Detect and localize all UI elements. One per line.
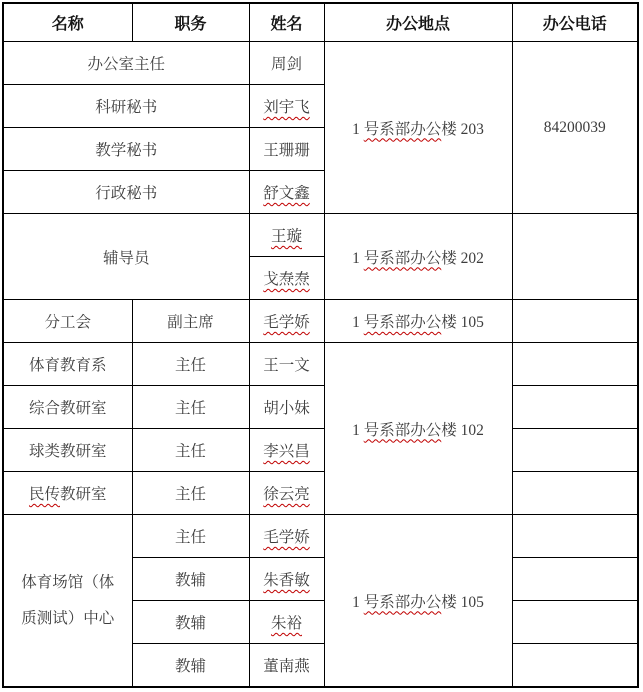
person-name-cell: 毛学娇 — [249, 515, 324, 558]
person-name-cell: 李兴昌 — [249, 429, 324, 472]
cell-text: 行政秘书 — [95, 185, 157, 202]
table-row: 球类教研室主任李兴昌 — [3, 429, 638, 472]
table-row: 办公室主任周剑1 号系部办公楼 20384200039 — [3, 42, 638, 85]
person-name-cell: 毛学娇 — [249, 300, 324, 343]
spellchecked-text: 李兴昌 — [263, 443, 310, 460]
person-name-cell: 王璇 — [249, 214, 324, 257]
cell-text: 周剑 — [271, 56, 302, 73]
spellchecked-text: 朱裕 — [271, 615, 302, 632]
document-page: 名称职务姓名办公地点办公电话 办公室主任周剑1 号系部办公楼 203842000… — [0, 0, 643, 688]
header-cell-3: 办公地点 — [324, 3, 512, 42]
spellchecked-text: 徐云亮 — [263, 486, 310, 503]
cell-text: 1 — [352, 422, 364, 439]
spellchecked-text: 朱香敏 — [263, 572, 310, 589]
cell-text: 办公室主任 — [87, 56, 165, 73]
table-row: 辅导员王璇1 号系部办公楼 202 — [3, 214, 638, 257]
cell-text: 楼 105 — [441, 314, 484, 331]
cell-text: 1 — [352, 250, 364, 267]
unit-name-cell: 民传教研室 — [3, 472, 132, 515]
table-row: 综合教研室主任胡小妹 — [3, 386, 638, 429]
unit-name-cell: 球类教研室 — [3, 429, 132, 472]
cell-text: 主任 — [175, 443, 206, 460]
header-row: 名称职务姓名办公地点办公电话 — [3, 3, 638, 42]
table-row: 体育教育系主任王一文1 号系部办公楼 102 — [3, 343, 638, 386]
cell-text: 84200039 — [544, 119, 606, 136]
cell-text: 副主席 — [167, 314, 214, 331]
unit-title-cell: 科研秘书 — [3, 85, 249, 128]
job-title-cell: 主任 — [132, 386, 249, 429]
spellchecked-text: 刘宇飞 — [263, 99, 310, 116]
cell-text: 1 — [352, 594, 364, 611]
spellchecked-text: 毛学娇 — [263, 529, 310, 546]
cell-text: 王一文 — [263, 357, 310, 374]
cell-text: 教辅 — [175, 572, 206, 589]
office-location-cell: 1 号系部办公楼 202 — [324, 214, 512, 300]
table-row: 体育场馆（体 质测试）中心主任毛学娇1 号系部办公楼 105 — [3, 515, 638, 558]
person-name-cell: 戈焘焘 — [249, 257, 324, 300]
office-phone-cell: 84200039 — [512, 42, 638, 214]
person-name-cell: 周剑 — [249, 42, 324, 85]
table-row: 分工会副主席毛学娇1 号系部办公楼 105 — [3, 300, 638, 343]
job-title-cell: 副主席 — [132, 300, 249, 343]
cell-text: 主任 — [175, 400, 206, 417]
cell-text: 分工会 — [44, 314, 91, 331]
job-title-cell: 教辅 — [132, 558, 249, 601]
cell-text: 1 — [352, 121, 364, 138]
spellchecked-text: 号系部办公 — [364, 314, 442, 331]
cell-text: 主任 — [175, 486, 206, 503]
spellchecked-text: 号系部办公 — [364, 422, 442, 439]
unit-title-cell: 行政秘书 — [3, 171, 249, 214]
office-phone-cell-empty — [512, 644, 638, 688]
job-title-cell: 主任 — [132, 515, 249, 558]
job-title-cell: 教辅 — [132, 644, 249, 688]
office-phone-cell-empty — [512, 300, 638, 343]
cell-text: 董南燕 — [263, 658, 310, 675]
unit-title-cell: 教学秘书 — [3, 128, 249, 171]
office-phone-cell-empty — [512, 214, 638, 300]
header-cell-0: 名称 — [3, 3, 132, 42]
person-name-cell: 胡小妹 — [249, 386, 324, 429]
header-cell-2: 姓名 — [249, 3, 324, 42]
office-phone-cell-empty — [512, 386, 638, 429]
cell-text: 楼 203 — [441, 121, 484, 138]
job-title-cell: 主任 — [132, 429, 249, 472]
table-row: 民传教研室主任徐云亮 — [3, 472, 638, 515]
cell-text: 教辅 — [175, 658, 206, 675]
cell-text: 楼 102 — [441, 422, 484, 439]
person-name-cell: 舒文鑫 — [249, 171, 324, 214]
cell-text: 综合教研室 — [29, 400, 107, 417]
header-cell-4: 办公电话 — [512, 3, 638, 42]
job-title-cell: 主任 — [132, 343, 249, 386]
cell-text: 主任 — [175, 529, 206, 546]
cell-text: 1 — [352, 314, 364, 331]
cell-text: 主任 — [175, 357, 206, 374]
unit-name-cell: 综合教研室 — [3, 386, 132, 429]
cell-text: 教辅 — [175, 615, 206, 632]
cell-text: 球类教研室 — [29, 443, 107, 460]
person-name-cell: 董南燕 — [249, 644, 324, 688]
spellchecked-text: 号系部办公 — [364, 250, 442, 267]
spellchecked-text: 舒文鑫 — [263, 185, 310, 202]
person-name-cell: 朱裕 — [249, 601, 324, 644]
unit-title-cell: 办公室主任 — [3, 42, 249, 85]
office-phone-cell-empty — [512, 429, 638, 472]
table-header: 名称职务姓名办公地点办公电话 — [3, 3, 638, 42]
cell-text: 楼 105 — [441, 594, 484, 611]
office-phone-cell-empty — [512, 558, 638, 601]
person-name-cell: 徐云亮 — [249, 472, 324, 515]
header-cell-1: 职务 — [132, 3, 249, 42]
cell-text: 科研秘书 — [95, 99, 157, 116]
person-name-cell: 王珊珊 — [249, 128, 324, 171]
unit-name-cell: 分工会 — [3, 300, 132, 343]
job-title-cell: 教辅 — [132, 601, 249, 644]
cell-text: 体育场馆（体 质测试）中心 — [21, 574, 114, 627]
office-location-cell: 1 号系部办公楼 105 — [324, 300, 512, 343]
office-phone-cell-empty — [512, 343, 638, 386]
cell-text: 胡小妹 — [263, 400, 310, 417]
contact-table: 名称职务姓名办公地点办公电话 办公室主任周剑1 号系部办公楼 203842000… — [2, 2, 639, 688]
person-name-cell: 朱香敏 — [249, 558, 324, 601]
spellchecked-text: 号系部办公 — [364, 121, 442, 138]
spellchecked-text: 戈焘焘 — [263, 271, 310, 288]
cell-text: 楼 202 — [441, 250, 484, 267]
spellchecked-text: 王璇 — [271, 228, 302, 245]
office-phone-cell-empty — [512, 515, 638, 558]
cell-text: 教学秘书 — [95, 142, 157, 159]
unit-title-cell: 辅导员 — [3, 214, 249, 300]
office-phone-cell-empty — [512, 601, 638, 644]
person-name-cell: 刘宇飞 — [249, 85, 324, 128]
table-body: 办公室主任周剑1 号系部办公楼 20384200039科研秘书刘宇飞教学秘书王珊… — [3, 42, 638, 688]
cell-text: 王珊珊 — [263, 142, 310, 159]
cell-text: 体育教育系 — [29, 357, 107, 374]
spellchecked-text: 民传 — [29, 486, 60, 503]
office-location-cell: 1 号系部办公楼 102 — [324, 343, 512, 515]
cell-text: 教研室 — [60, 486, 107, 503]
person-name-cell: 王一文 — [249, 343, 324, 386]
office-phone-cell-empty — [512, 472, 638, 515]
unit-name-cell: 体育场馆（体 质测试）中心 — [3, 515, 132, 688]
spellchecked-text: 号系部办公 — [364, 594, 442, 611]
unit-name-cell: 体育教育系 — [3, 343, 132, 386]
cell-text: 辅导员 — [103, 250, 150, 267]
office-location-cell: 1 号系部办公楼 203 — [324, 42, 512, 214]
spellchecked-text: 毛学娇 — [263, 314, 310, 331]
job-title-cell: 主任 — [132, 472, 249, 515]
office-location-cell: 1 号系部办公楼 105 — [324, 515, 512, 688]
